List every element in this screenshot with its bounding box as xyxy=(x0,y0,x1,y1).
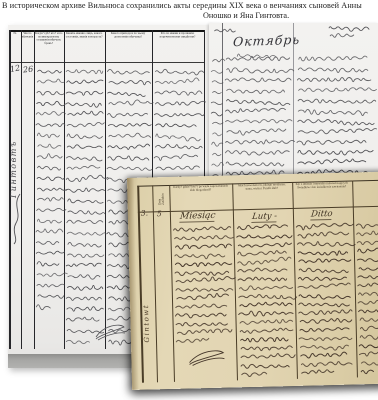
handwriting-block xyxy=(236,222,298,387)
entry-day: 26 xyxy=(23,64,34,74)
month-row-witnesses: Ditto xyxy=(310,209,333,221)
table-column-line xyxy=(21,30,22,349)
caption-line-2: Оношко и Яна Гинтовта. xyxy=(203,11,289,20)
polish-register-scan: № Data Zaślubin Kiedy? gdzie? kto? i po … xyxy=(127,172,378,390)
table-header-rule xyxy=(9,62,205,63)
handwriting-block xyxy=(66,65,107,355)
column-header-number: № xyxy=(10,32,20,62)
column-header-number: № xyxy=(138,186,152,210)
column-header-witnesses: Kto z imienia i nazwiska zaświadczającyc… xyxy=(294,182,351,207)
month-row-when: Miesiąc xyxy=(179,211,216,223)
column-header-date: Data Zaślubin xyxy=(155,187,168,210)
margin-family-name: Gintowt xyxy=(140,232,151,342)
cut-handwriting-block xyxy=(356,220,378,385)
column-header-when: Kiedy? gdzie? kto? i po wielu zapowiedzi… xyxy=(171,184,232,209)
column-header-who: Jakich nowożeńców, jakiego urodzenia, st… xyxy=(234,183,291,208)
month-heading-october: Октябрь xyxy=(232,32,300,49)
month-row-who: Luty - xyxy=(251,211,277,223)
caption-line-1: В историческом архиве Вильнюса сохранили… xyxy=(2,1,377,10)
column-header-who: Какихъ именно лицъ, какого состоянія, зв… xyxy=(65,32,104,62)
table-column-line xyxy=(34,30,35,349)
paraph-flourish xyxy=(186,348,226,367)
flourish-swash xyxy=(10,193,24,245)
handwriting-block xyxy=(36,65,66,321)
margin-family-name: Гинтовтъ xyxy=(9,93,18,198)
column-header-parish: Какого прихода и по чьему дозволенію вѣн… xyxy=(106,32,151,62)
october-page-scan: Октябрь xyxy=(209,23,378,195)
handwriting-block xyxy=(296,220,358,385)
cut-text-fragment xyxy=(329,23,378,48)
column-header-when: Когда? гдѣ? кто? и по коликократномъ огл… xyxy=(35,32,63,62)
column-header-witnesses: Кто по имени и прозванію поручители или … xyxy=(153,32,203,62)
entry-number: 3. xyxy=(141,208,148,217)
paraph-flourish xyxy=(94,321,126,341)
entry-day: 5 xyxy=(157,209,162,218)
handwriting-block xyxy=(173,223,237,354)
column-header-date: Число вѣнчанія xyxy=(22,32,33,62)
